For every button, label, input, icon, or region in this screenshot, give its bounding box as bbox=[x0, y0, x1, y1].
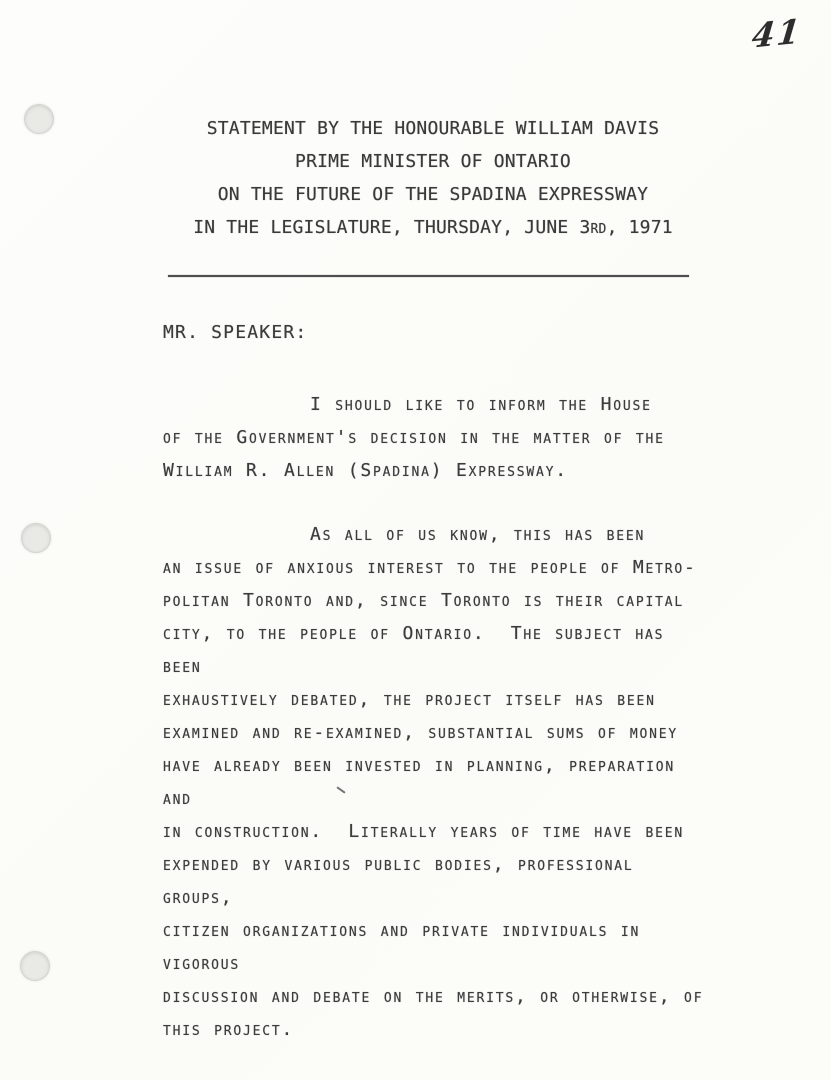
text-line: discussion and debate on the merits, or … bbox=[163, 980, 711, 1013]
title-line: PRIME MINISTER OF ONTARIO bbox=[163, 145, 703, 178]
text-line: citizen organizations and private indivi… bbox=[163, 914, 711, 980]
salutation: MR. SPEAKER: bbox=[163, 316, 711, 349]
text-line: William R. Allen (Spadina) Expressway. bbox=[163, 454, 711, 487]
divider-rule bbox=[168, 275, 689, 277]
text-line: As all of us know, this has been bbox=[163, 518, 711, 551]
title-line: STATEMENT BY THE HONOURABLE WILLIAM DAVI… bbox=[163, 112, 703, 145]
text-line: politan Toronto and, since Toronto is th… bbox=[163, 584, 711, 617]
text-line: this project. bbox=[163, 1013, 711, 1046]
hole-punch-top bbox=[24, 104, 54, 134]
title-line: IN THE LEGISLATURE, THURSDAY, JUNE 3rd, … bbox=[163, 211, 703, 244]
text-line: an issue of anxious interest to the peop… bbox=[163, 551, 711, 584]
text-line: city, to the people of Ontario. The subj… bbox=[163, 617, 711, 683]
text-line: have already been invested in planning, … bbox=[163, 749, 711, 815]
text-line: I should like to inform the House bbox=[163, 388, 711, 421]
document-body: STATEMENT BY THE HONOURABLE WILLIAM DAVI… bbox=[163, 112, 711, 1046]
text-line: expended by various public bodies, profe… bbox=[163, 848, 711, 914]
paragraph-1: I should like to inform the House of the… bbox=[163, 388, 711, 487]
text-line: examined and re-examined, substantial su… bbox=[163, 716, 711, 749]
document-title: STATEMENT BY THE HONOURABLE WILLIAM DAVI… bbox=[163, 112, 703, 244]
handwritten-page-number: 41 bbox=[750, 11, 804, 56]
hole-punch-middle bbox=[21, 523, 51, 553]
hole-punch-bottom bbox=[20, 951, 50, 981]
text-line: in construction. Literally years of time… bbox=[163, 815, 711, 848]
text-line: of the Government's decision in the matt… bbox=[163, 421, 711, 454]
title-line: ON THE FUTURE OF THE SPADINA EXPRESSWAY bbox=[163, 178, 703, 211]
text-line: exhaustively debated, the project itself… bbox=[163, 683, 711, 716]
paragraph-2: As all of us know, this has been an issu… bbox=[163, 518, 711, 1046]
